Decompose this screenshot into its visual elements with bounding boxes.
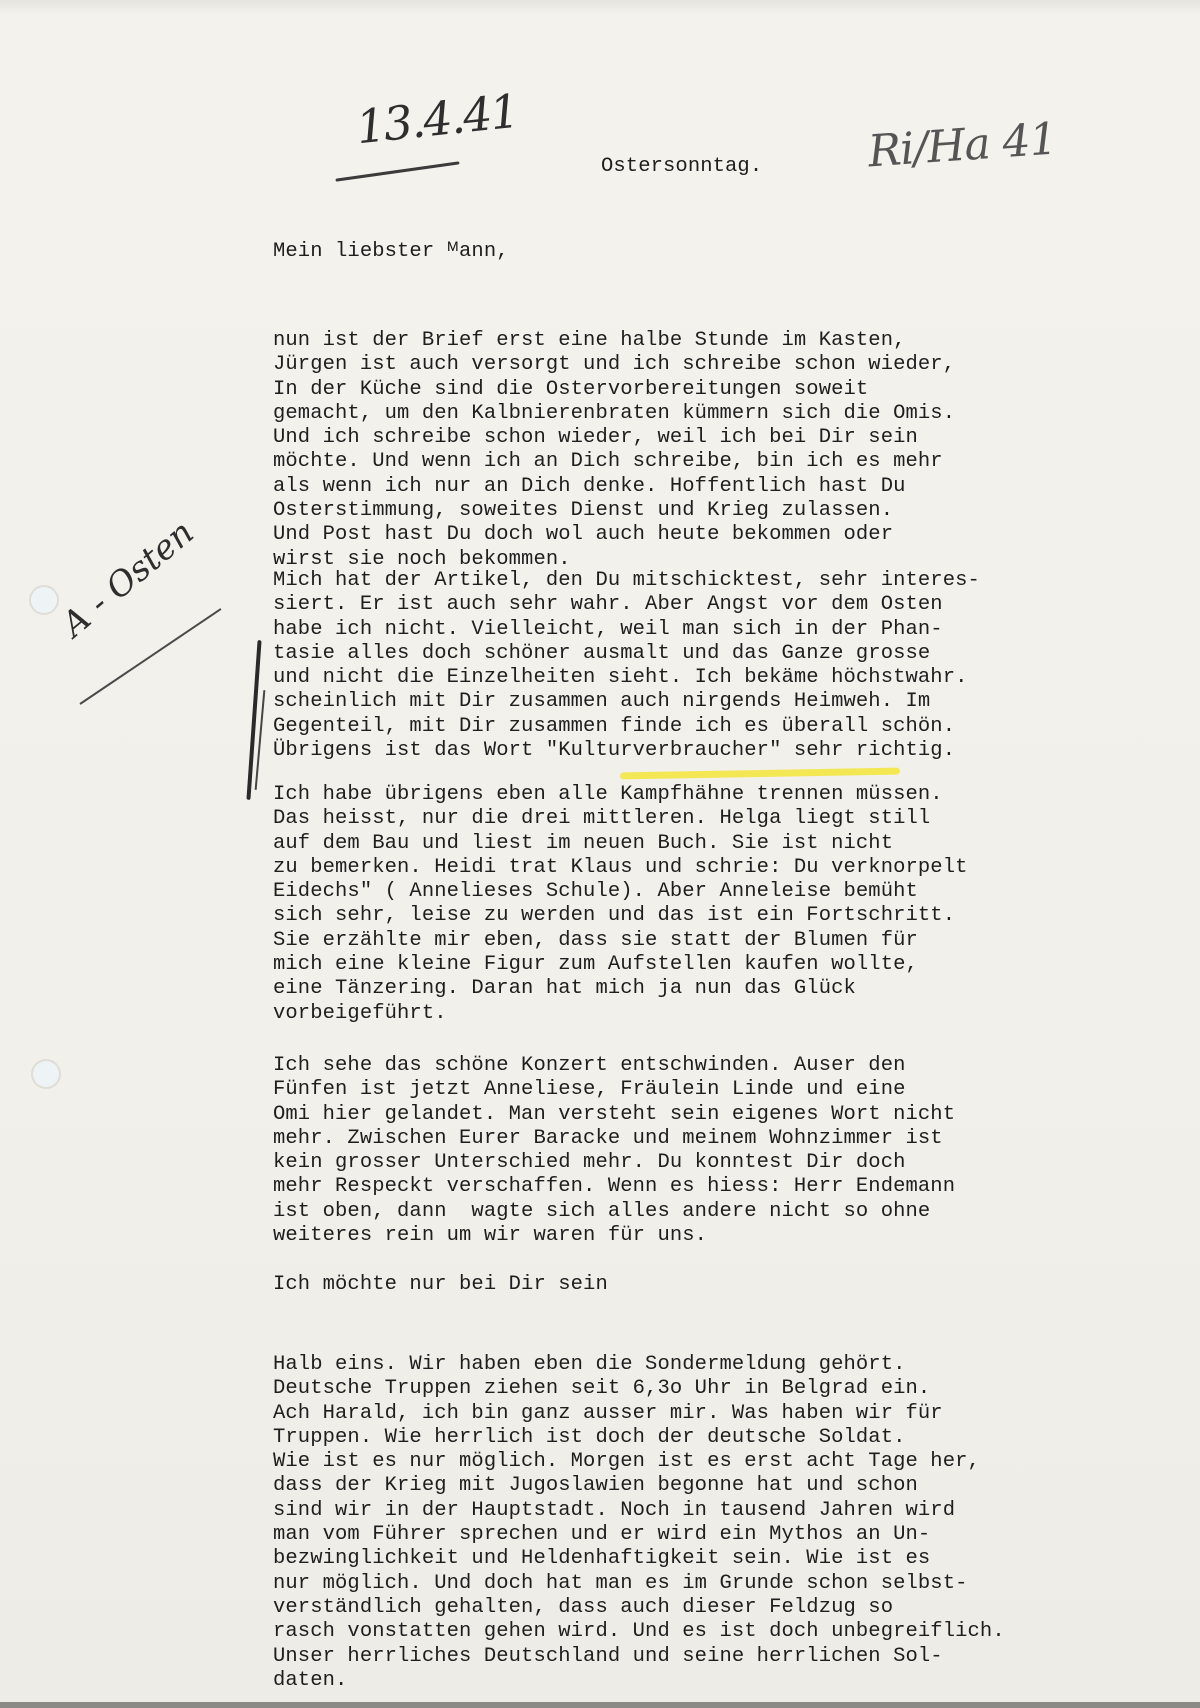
- paper-bottom-edge: [0, 1702, 1200, 1708]
- punch-hole: [31, 1059, 61, 1089]
- text-line: Ach Harald, ich bin ganz ausser mir. Was…: [273, 1402, 1005, 1426]
- text-line: mehr. Zwischen Eurer Baracke und meinem …: [273, 1127, 955, 1151]
- text-line: verständlich gehalten, dass auch dieser …: [273, 1596, 1005, 1620]
- letter-page: 13.4.41 Ri/Ha 41 Ostersonntag. Mein lieb…: [0, 0, 1200, 1708]
- text-line: man vom Führer sprechen und er wird ein …: [273, 1523, 1005, 1547]
- text-line: Truppen. Wie herrlich ist doch der deuts…: [273, 1426, 1005, 1450]
- paragraph: Ich sehe das schöne Konzert entschwinden…: [273, 1054, 955, 1248]
- text-line: Osterstimmung, soweites Dienst und Krieg…: [273, 499, 955, 523]
- paper-top-edge: [0, 0, 1200, 14]
- text-line: eine Tänzering. Daran hat mich ja nun da…: [273, 977, 968, 1001]
- text-line: ist oben, dann wagte sich alles andere n…: [273, 1200, 955, 1224]
- salutation: Mein liebster ᴹann,: [273, 240, 509, 263]
- text-line: sich sehr, leise zu werden und das ist e…: [273, 904, 968, 928]
- paragraph: nun ist der Brief erst eine halbe Stunde…: [273, 329, 955, 572]
- paragraph: Mich hat der Artikel, den Du mitschickte…: [273, 569, 980, 763]
- text-line: Mich hat der Artikel, den Du mitschickte…: [273, 569, 980, 593]
- text-line: mich eine kleine Figur zum Aufstellen ka…: [273, 953, 968, 977]
- text-line: daten.: [273, 1669, 1005, 1693]
- text-line: siert. Er ist auch sehr wahr. Aber Angst…: [273, 593, 980, 617]
- text-line: Jürgen ist auch versorgt und ich schreib…: [273, 353, 955, 377]
- handwritten-reference: Ri/Ha 41: [866, 113, 1058, 177]
- text-line: In der Küche sind die Ostervorbereitunge…: [273, 378, 955, 402]
- text-line: vorbeigeführt.: [273, 1002, 968, 1026]
- paragraph: Ich habe übrigens eben alle Kampfhähne t…: [273, 783, 968, 1026]
- paragraph: Halb eins. Wir haben eben die Sondermeld…: [273, 1353, 1005, 1693]
- text-line: scheinlich mit Dir zusammen auch nirgend…: [273, 690, 980, 714]
- letter-heading: Ostersonntag.: [601, 155, 762, 178]
- text-line: und nicht die Einzelheiten sieht. Ich be…: [273, 666, 980, 690]
- margin-note: A - Osten: [54, 512, 201, 645]
- text-line: tasie alles doch schöner ausmalt und das…: [273, 642, 980, 666]
- text-line: nun ist der Brief erst eine halbe Stunde…: [273, 329, 955, 353]
- handwritten-date: 13.4.41: [354, 84, 520, 155]
- margin-mark-bar: [246, 640, 261, 800]
- yellow-highlight-mark: [620, 768, 900, 780]
- punch-hole: [29, 585, 59, 615]
- text-line: als wenn ich nur an Dich denke. Hoffentl…: [273, 475, 955, 499]
- text-line: Das heisst, nur die drei mittleren. Helg…: [273, 807, 968, 831]
- text-line: Halb eins. Wir haben eben die Sondermeld…: [273, 1353, 1005, 1377]
- text-line: Ich möchte nur bei Dir sein: [273, 1273, 608, 1297]
- text-line: zu bemerken. Heidi trat Klaus und schrie…: [273, 856, 968, 880]
- text-line: Deutsche Truppen ziehen seit 6,3o Uhr in…: [273, 1377, 1005, 1401]
- text-line: dass der Krieg mit Jugoslawien begonne h…: [273, 1474, 1005, 1498]
- text-line: Sie erzählte mir eben, dass sie statt de…: [273, 929, 968, 953]
- text-line: Omi hier gelandet. Man versteht sein eig…: [273, 1103, 955, 1127]
- text-line: weiteres rein um wir waren für uns.: [273, 1224, 955, 1248]
- text-line: Eidechs" ( Annelieses Schule). Aber Anne…: [273, 880, 968, 904]
- text-line: gemacht, um den Kalbnierenbraten kümmern…: [273, 402, 955, 426]
- text-line: Wie ist es nur möglich. Morgen ist es er…: [273, 1450, 1005, 1474]
- text-line: habe ich nicht. Vielleicht, weil man sic…: [273, 618, 980, 642]
- text-line: Und ich schreibe schon wieder, weil ich …: [273, 426, 955, 450]
- text-line: Ich habe übrigens eben alle Kampfhähne t…: [273, 783, 968, 807]
- text-line: auf dem Bau und liest im neuen Buch. Sie…: [273, 832, 968, 856]
- text-line: rasch vonstatten gehen wird. Und es ist …: [273, 1620, 1005, 1644]
- text-line: möchte. Und wenn ich an Dich schreibe, b…: [273, 450, 955, 474]
- text-line: Unser herrliches Deutschland und seine h…: [273, 1645, 1005, 1669]
- text-line: mehr Respeckt verschaffen. Wenn es hiess…: [273, 1175, 955, 1199]
- text-line: Ich sehe das schöne Konzert entschwinden…: [273, 1054, 955, 1078]
- text-line: Fünfen ist jetzt Anneliese, Fräulein Lin…: [273, 1078, 955, 1102]
- text-line: Gegenteil, mit Dir zusammen finde ich es…: [273, 715, 980, 739]
- text-line: nur möglich. Und doch hat man es im Grun…: [273, 1572, 1005, 1596]
- date-underline: [335, 161, 459, 181]
- text-line: kein grosser Unterschied mehr. Du konnte…: [273, 1151, 955, 1175]
- text-line: bezwinglichkeit und Heldenhaftigkeit sei…: [273, 1547, 1005, 1571]
- text-line: Übrigens ist das Wort "Kulturverbraucher…: [273, 739, 980, 763]
- text-line: sind wir in der Hauptstadt. Noch in taus…: [273, 1499, 1005, 1523]
- text-line: Und Post hast Du doch wol auch heute bek…: [273, 523, 955, 547]
- paragraph: Ich möchte nur bei Dir sein: [273, 1273, 608, 1297]
